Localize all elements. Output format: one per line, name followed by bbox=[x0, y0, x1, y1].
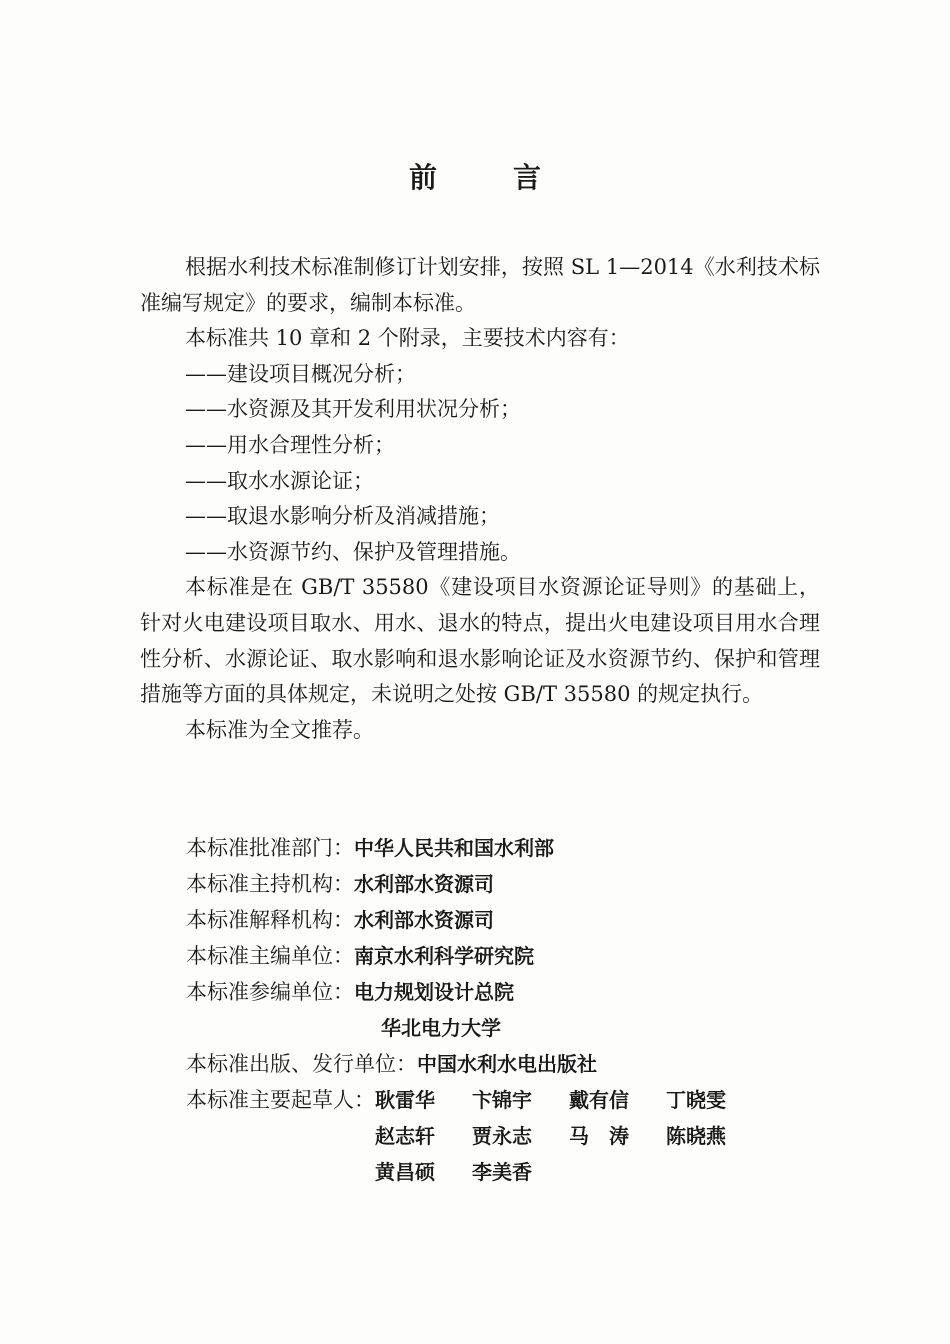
publisher-label: 本标准出版、发行单位： bbox=[186, 1046, 417, 1082]
drafters-line: 黄昌硕 李美香 bbox=[375, 1154, 763, 1190]
document-page: 前言 根据水利技术标准制修订计划安排，按照 SL 1—2014《水利技术标准编写… bbox=[0, 0, 950, 1344]
paragraph-contents-intro: 本标准共 10 章和 2 个附录，主要技术内容有： bbox=[140, 321, 820, 357]
co-editor-value: 电力规划设计总院 bbox=[354, 974, 514, 1010]
paragraph-recommendation: 本标准为全文推荐。 bbox=[140, 713, 820, 749]
drafter-name: 贾永志 bbox=[472, 1118, 569, 1154]
drafter-name: 陈晓燕 bbox=[666, 1118, 763, 1154]
interpret-label: 本标准解释机构： bbox=[186, 902, 354, 938]
drafter-name: 黄昌硕 bbox=[375, 1154, 472, 1190]
drafter-name: 赵志轩 bbox=[375, 1118, 472, 1154]
paragraph-basis: 根据水利技术标准制修订计划安排，按照 SL 1—2014《水利技术标准编写规定》… bbox=[140, 250, 820, 321]
content-item: ——建设项目概况分析； bbox=[140, 357, 820, 393]
co-editor-row-2: 华北电力大学 bbox=[186, 1010, 763, 1046]
drafter-name: 卞锦宇 bbox=[472, 1082, 569, 1118]
content-item: ——用水合理性分析； bbox=[140, 428, 820, 464]
publisher-value: 中国水利水电出版社 bbox=[417, 1046, 597, 1082]
drafter-name: 戴有信 bbox=[569, 1082, 666, 1118]
drafters-label: 本标准主要起草人： bbox=[186, 1082, 375, 1118]
drafters-list: 耿雷华 卞锦宇 戴有信 丁晓雯 赵志轩 贾永志 马 涛 陈晓燕 黄昌硕 李美香 bbox=[375, 1082, 763, 1190]
drafter-name: 耿雷华 bbox=[375, 1082, 472, 1118]
paragraph-scope: 本标准是在 GB/T 35580《建设项目水资源论证导则》的基础上，针对火电建设… bbox=[140, 570, 820, 712]
drafter-name: 李美香 bbox=[472, 1154, 569, 1190]
drafter-name: 丁晓雯 bbox=[666, 1082, 763, 1118]
publisher-row: 本标准出版、发行单位： 中国水利水电出版社 bbox=[186, 1046, 763, 1082]
co-editor-row: 本标准参编单位： 电力规划设计总院 bbox=[186, 974, 763, 1010]
content-item: ——取水水源论证； bbox=[140, 464, 820, 500]
host-value: 水利部水资源司 bbox=[354, 866, 494, 902]
chief-editor-row: 本标准主编单位： 南京水利科学研究院 bbox=[186, 938, 763, 974]
title-char-2: 言 bbox=[513, 156, 541, 196]
interpret-row: 本标准解释机构： 水利部水资源司 bbox=[186, 902, 763, 938]
host-label: 本标准主持机构： bbox=[186, 866, 354, 902]
co-editor-label: 本标准参编单位： bbox=[186, 974, 354, 1010]
drafter-name: 马 涛 bbox=[569, 1118, 666, 1154]
interpret-value: 水利部水资源司 bbox=[354, 902, 494, 938]
content-item: ——取退水影响分析及消减措施； bbox=[140, 499, 820, 535]
drafters-line: 赵志轩 贾永志 马 涛 陈晓燕 bbox=[375, 1118, 763, 1154]
page-title: 前言 bbox=[0, 156, 950, 196]
content-item: ——水资源及其开发利用状况分析； bbox=[140, 392, 820, 428]
drafters-row: 本标准主要起草人： 耿雷华 卞锦宇 戴有信 丁晓雯 赵志轩 贾永志 马 涛 陈晓… bbox=[186, 1082, 763, 1190]
co-editor-value: 华北电力大学 bbox=[186, 1010, 501, 1046]
chief-editor-value: 南京水利科学研究院 bbox=[354, 938, 534, 974]
content-item: ——水资源节约、保护及管理措施。 bbox=[140, 535, 820, 571]
approval-row: 本标准批准部门： 中华人民共和国水利部 bbox=[186, 830, 763, 866]
host-row: 本标准主持机构： 水利部水资源司 bbox=[186, 866, 763, 902]
standard-metadata: 本标准批准部门： 中华人民共和国水利部 本标准主持机构： 水利部水资源司 本标准… bbox=[186, 830, 763, 1190]
chief-editor-label: 本标准主编单位： bbox=[186, 938, 354, 974]
approval-label: 本标准批准部门： bbox=[186, 830, 354, 866]
preface-body: 根据水利技术标准制修订计划安排，按照 SL 1—2014《水利技术标准编写规定》… bbox=[140, 250, 820, 748]
approval-value: 中华人民共和国水利部 bbox=[354, 830, 554, 866]
title-char-1: 前 bbox=[409, 156, 437, 196]
drafters-line: 耿雷华 卞锦宇 戴有信 丁晓雯 bbox=[375, 1082, 763, 1118]
